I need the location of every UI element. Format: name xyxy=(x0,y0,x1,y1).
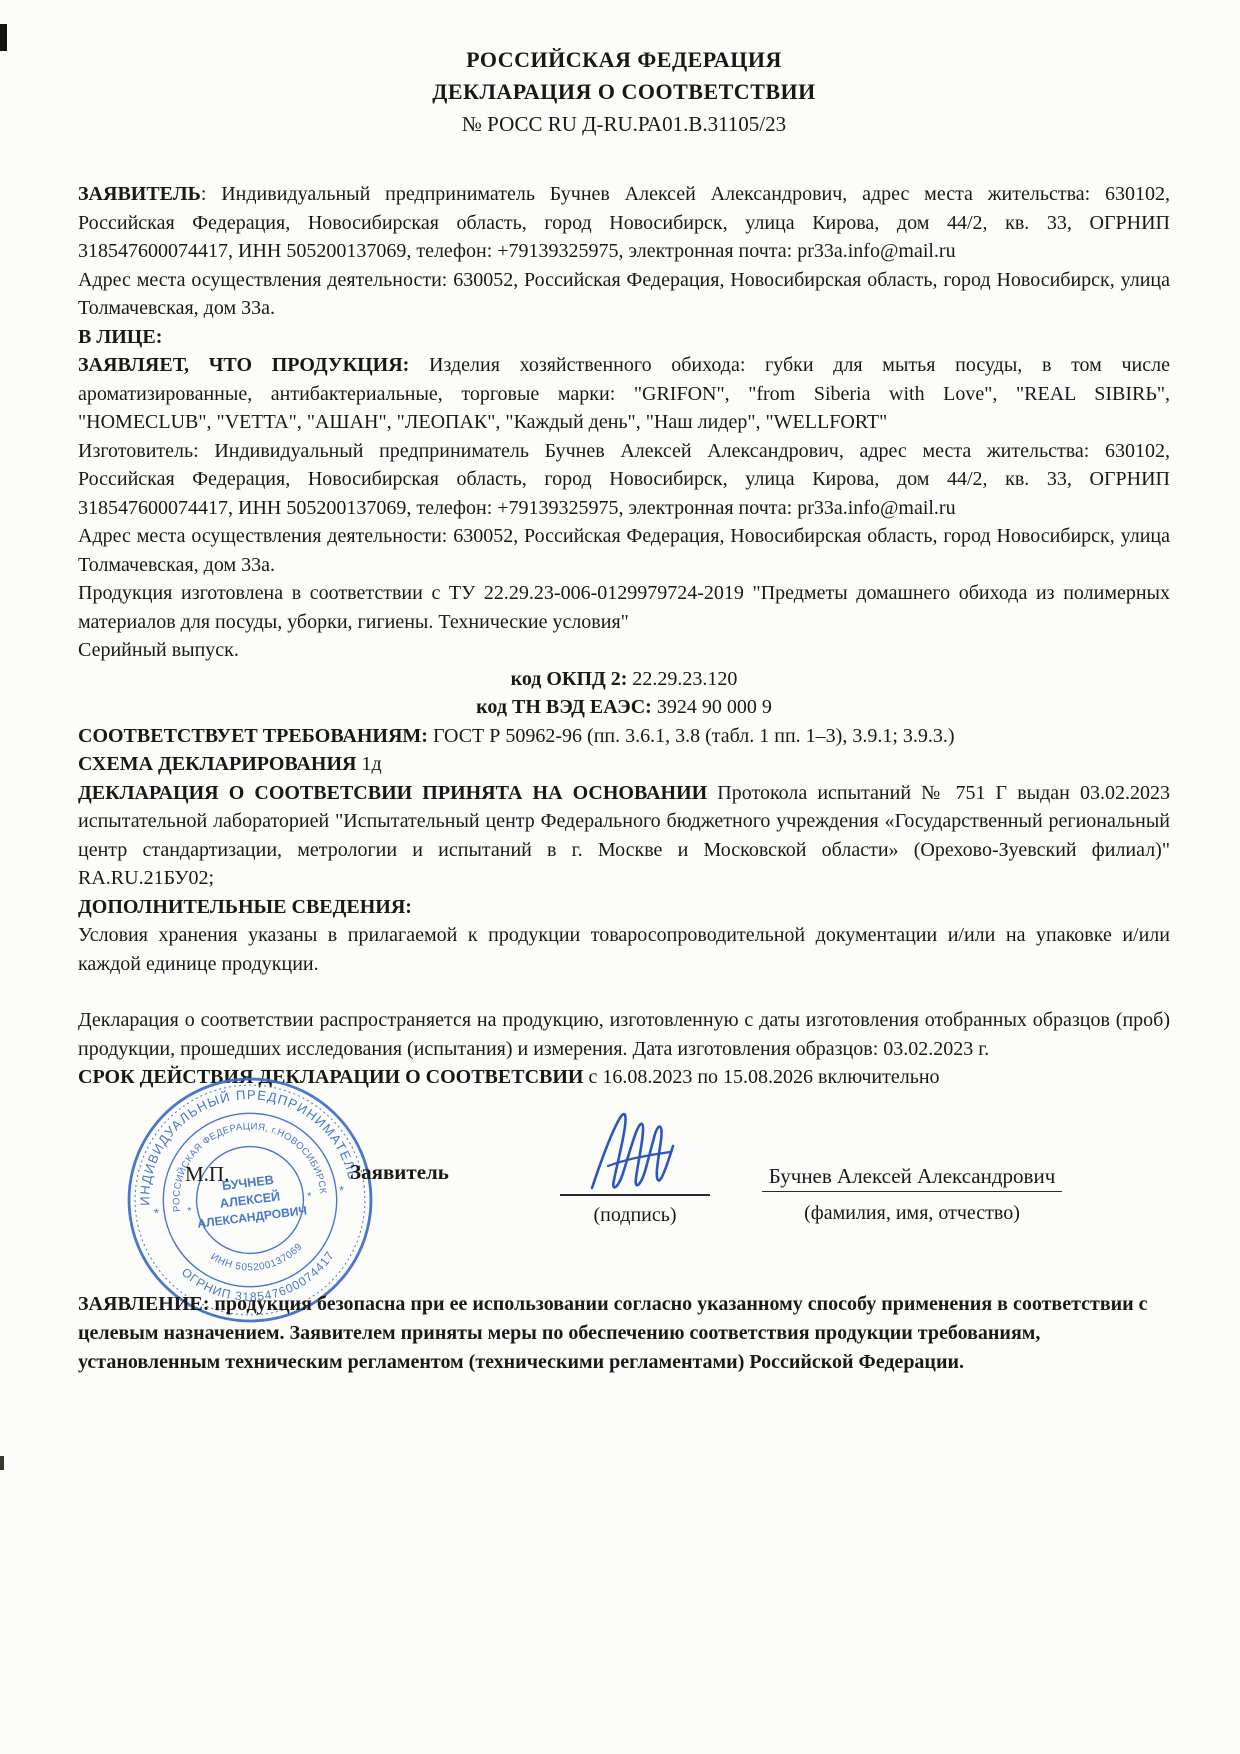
okpd-code-line: код ОКПД 2: 22.29.23.120 xyxy=(78,665,1170,694)
complies-line: СООТВЕТСТВУЕТ ТРЕБОВАНИЯМ: ГОСТ Р 50962-… xyxy=(78,722,1170,751)
tnved-value: 3924 90 000 9 xyxy=(652,696,772,718)
okpd-label: код ОКПД 2: xyxy=(511,668,628,690)
applicant-text: : Индивидуальный предприниматель Бучнев … xyxy=(78,183,1170,262)
manufacturer-paragraph: Изготовитель: Индивидуальный предпринима… xyxy=(78,437,1170,523)
signature-section: М.П. Заявитель (подпись) Бучнев Алексей … xyxy=(78,1116,1170,1276)
applicant-paragraph: ЗАЯВИТЕЛЬ: Индивидуальный предпринимател… xyxy=(78,180,1170,266)
applicant-full-name: Бучнев Алексей Александрович xyxy=(762,1164,1062,1192)
applicant-address: Адрес места осуществления деятельности: … xyxy=(78,266,1170,323)
declares-paragraph: ЗАЯВЛЯЕТ, ЧТО ПРОДУКЦИЯ: Изделия хозяйст… xyxy=(78,351,1170,437)
scheme-line: СХЕМА ДЕКЛАРИРОВАНИЯ 1д xyxy=(78,750,1170,779)
basis-label: ДЕКЛАРАЦИЯ О СООТВЕТСВИИ ПРИНЯТА НА ОСНО… xyxy=(78,782,707,804)
declaration-number: № РОСС RU Д-RU.РА01.В.31105/23 xyxy=(78,108,1170,140)
declares-label: ЗАЯВЛЯЕТ, ЧТО ПРОДУКЦИЯ: xyxy=(78,354,409,376)
tnved-code-line: код ТН ВЭД ЕАЭС: 3924 90 000 9 xyxy=(78,693,1170,722)
safety-statement: ЗАЯВЛЕНИЕ: продукция безопасна при ее ис… xyxy=(78,1290,1170,1377)
complies-text: ГОСТ Р 50962-96 (пп. 3.6.1, 3.8 (табл. 1… xyxy=(428,725,955,747)
scheme-label: СХЕМА ДЕКЛАРИРОВАНИЯ xyxy=(78,753,357,775)
page-title: ДЕКЛАРАЦИЯ О СООТВЕТСТВИИ xyxy=(78,76,1170,108)
manufacturer-address: Адрес места осуществления деятельности: … xyxy=(78,522,1170,579)
applicant-label: ЗАЯВИТЕЛЬ xyxy=(78,183,201,205)
complies-label: СООТВЕТСТВУЕТ ТРЕБОВАНИЯМ: xyxy=(78,725,428,747)
document-body: ЗАЯВИТЕЛЬ: Индивидуальный предпринимател… xyxy=(78,180,1170,1092)
mp-mark: М.П. xyxy=(185,1162,229,1187)
additional-label: ДОПОЛНИТЕЛЬНЫЕ СВЕДЕНИЯ: xyxy=(78,893,1170,922)
additional-text: Условия хранения указаны в прилагаемой к… xyxy=(78,921,1170,978)
applicant-word: Заявитель xyxy=(350,1160,449,1185)
header-country: РОССИЙСКАЯ ФЕДЕРАЦИЯ xyxy=(78,44,1170,76)
distribution-paragraph: Декларация о соответствии распространяет… xyxy=(78,1006,1170,1063)
scan-artifact xyxy=(0,1456,4,1470)
serial-issue: Серийный выпуск. xyxy=(78,636,1170,665)
signature-caption: (подпись) xyxy=(560,1204,710,1227)
basis-paragraph: ДЕКЛАРАЦИЯ О СООТВЕТСВИИ ПРИНЯТА НА ОСНО… xyxy=(78,779,1170,893)
document-content: РОССИЙСКАЯ ФЕДЕРАЦИЯ ДЕКЛАРАЦИЯ О СООТВЕ… xyxy=(0,0,1240,1377)
signature-line xyxy=(560,1194,710,1196)
scheme-value: 1д xyxy=(357,753,382,775)
spacer xyxy=(78,978,1170,1006)
declaration-document-page: РОССИЙСКАЯ ФЕДЕРАЦИЯ ДЕКЛАРАЦИЯ О СООТВЕ… xyxy=(0,0,1240,1754)
okpd-value: 22.29.23.120 xyxy=(627,668,737,690)
full-name-caption: (фамилия, имя, отчество) xyxy=(762,1202,1062,1225)
tnved-label: код ТН ВЭД ЕАЭС: xyxy=(476,696,652,718)
validity-text: с 16.08.2023 по 15.08.2026 включительно xyxy=(583,1066,939,1088)
handwritten-signature xyxy=(578,1100,698,1200)
in-person-label: В ЛИЦЕ: xyxy=(78,323,1170,352)
tu-paragraph: Продукция изготовлена в соответствии с Т… xyxy=(78,579,1170,636)
